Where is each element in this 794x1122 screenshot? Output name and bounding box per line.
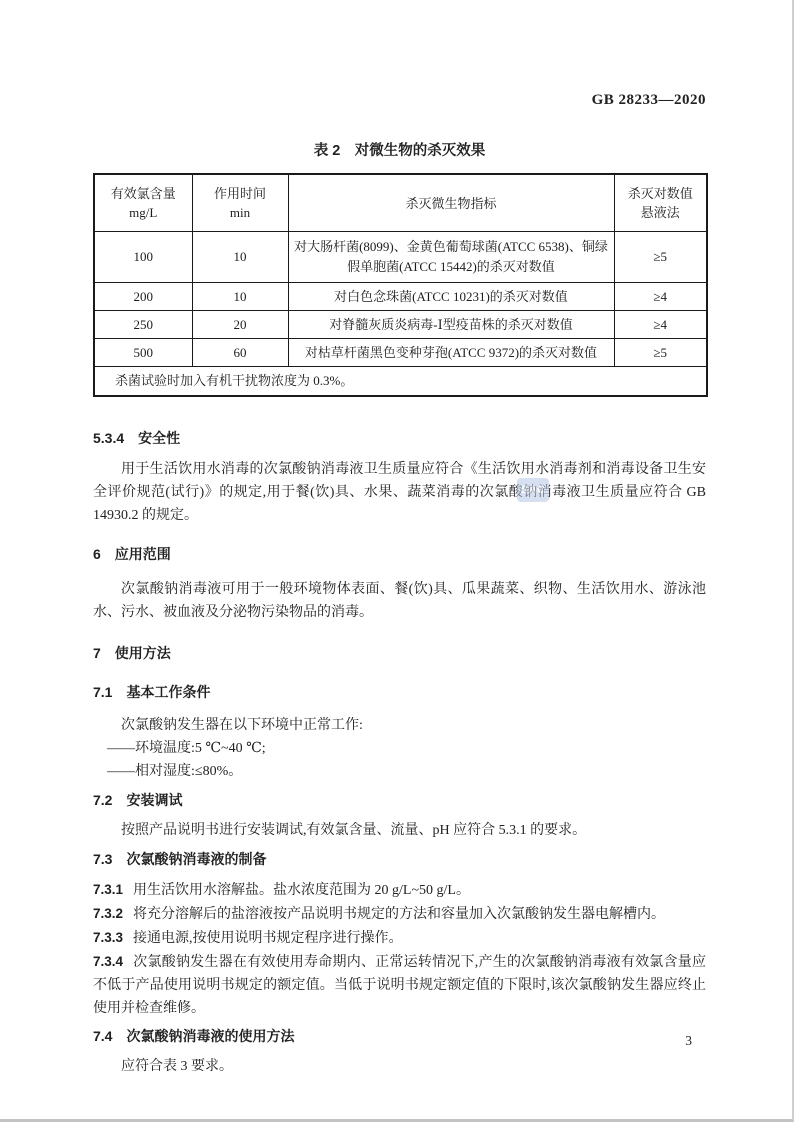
clause-7-3-1: 7.3.1用生活饮用水溶解盐。盐水浓度范围为 20 g/L~50 g/L。 — [93, 878, 706, 902]
section-heading-5-3-4: 5.3.4安全性 — [93, 430, 706, 447]
section-heading-6: 6应用范围 — [93, 546, 706, 563]
section-6-body: 次氯酸钠消毒液可用于一般环境物体表面、餐(饮)具、瓜果蔬菜、织物、生活饮用水、游… — [93, 578, 706, 624]
cell-chlorine: 200 — [94, 283, 192, 311]
cell-chlorine: 100 — [94, 232, 192, 283]
section-5-3-4-body: 用于生活饮用水消毒的次氯酸钠消毒液卫生质量应符合《生活饮用水消毒剂和消毒设备卫生… — [93, 458, 706, 527]
table2-header-chlorine: 有效氯含量 mg/L — [94, 174, 192, 232]
section-heading-7-3: 7.3次氯酸钠消毒液的制备 — [93, 851, 706, 868]
cell-time: 10 — [192, 232, 288, 283]
table-row: 500 60 对枯草杆菌黑色变种芽孢(ATCC 9372)的杀灭对数值 ≥5 — [94, 339, 707, 367]
sac-watermark: SAC — [517, 478, 549, 502]
clause-7-3-4: 7.3.4次氯酸钠发生器在有效使用寿命期内、正常运转情况下,产生的次氯酸钠消毒液… — [93, 950, 706, 1020]
table2-title: 表 2 对微生物的杀灭效果 — [93, 139, 706, 160]
section-7-4-body: 应符合表 3 要求。 — [93, 1055, 706, 1078]
cell-logvalue: ≥4 — [614, 311, 707, 339]
section-7-1-intro: 次氯酸钠发生器在以下环境中正常工作: — [93, 714, 706, 737]
standard-code: GB 28233—2020 — [93, 92, 706, 109]
section-heading-7-4: 7.4次氯酸钠消毒液的使用方法 — [93, 1028, 706, 1045]
section-heading-7: 7使用方法 — [93, 645, 706, 662]
cell-indicator: 对大肠杆菌(8099)、金黄色葡萄球菌(ATCC 6538)、铜绿假单胞菌(AT… — [288, 232, 614, 283]
condition-item-temperature: ——环境温度:5 ℃~40 ℃; — [107, 737, 706, 760]
section-7-2-body: 按照产品说明书进行安装调试,有效氯含量、流量、pH 应符合 5.3.1 的要求。 — [93, 819, 706, 842]
table2: 有效氯含量 mg/L 作用时间 min 杀灭微生物指标 杀灭对数值 悬液法 — [93, 173, 708, 397]
clause-7-3-3: 7.3.3接通电源,按使用说明书规定程序进行操作。 — [93, 926, 706, 950]
table-row: 250 20 对脊髓灰质炎病毒-Ⅰ型疫苗株的杀灭对数值 ≥4 — [94, 311, 707, 339]
condition-item-humidity: ——相对湿度:≤80%。 — [107, 760, 706, 783]
cell-logvalue: ≥5 — [614, 339, 707, 367]
table-row: 200 10 对白色念珠菌(ATCC 10231)的杀灭对数值 ≥4 — [94, 283, 707, 311]
clause-7-3-2: 7.3.2将充分溶解后的盐溶液按产品说明书规定的方法和容量加入次氯酸钠发生器电解… — [93, 902, 706, 926]
section-heading-7-2: 7.2安装调试 — [93, 792, 706, 809]
table2-header-time: 作用时间 min — [192, 174, 288, 232]
cell-indicator: 对白色念珠菌(ATCC 10231)的杀灭对数值 — [288, 283, 614, 311]
page-content: GB 28233—2020 表 2 对微生物的杀灭效果 有效氯含量 mg/L 作… — [93, 0, 706, 1078]
page-number: 3 — [685, 1033, 692, 1049]
table2-header-row: 有效氯含量 mg/L 作用时间 min 杀灭微生物指标 杀灭对数值 悬液法 — [94, 174, 707, 232]
table2-note-row: 杀菌试验时加入有机干扰物浓度为 0.3%。 — [94, 367, 707, 397]
cell-time: 20 — [192, 311, 288, 339]
cell-time: 10 — [192, 283, 288, 311]
document-page: GB 28233—2020 表 2 对微生物的杀灭效果 有效氯含量 mg/L 作… — [0, 0, 794, 1122]
cell-indicator: 对枯草杆菌黑色变种芽孢(ATCC 9372)的杀灭对数值 — [288, 339, 614, 367]
table2-note: 杀菌试验时加入有机干扰物浓度为 0.3%。 — [94, 367, 707, 397]
table2-header-indicator: 杀灭微生物指标 — [288, 174, 614, 232]
sac-watermark-label: SAC — [521, 484, 546, 496]
cell-chlorine: 500 — [94, 339, 192, 367]
table-row: 100 10 对大肠杆菌(8099)、金黄色葡萄球菌(ATCC 6538)、铜绿… — [94, 232, 707, 283]
table2-header-logvalue: 杀灭对数值 悬液法 — [614, 174, 707, 232]
cell-logvalue: ≥4 — [614, 283, 707, 311]
section-heading-7-1: 7.1基本工作条件 — [93, 684, 706, 701]
cell-indicator: 对脊髓灰质炎病毒-Ⅰ型疫苗株的杀灭对数值 — [288, 311, 614, 339]
cell-logvalue: ≥5 — [614, 232, 707, 283]
cell-time: 60 — [192, 339, 288, 367]
cell-chlorine: 250 — [94, 311, 192, 339]
